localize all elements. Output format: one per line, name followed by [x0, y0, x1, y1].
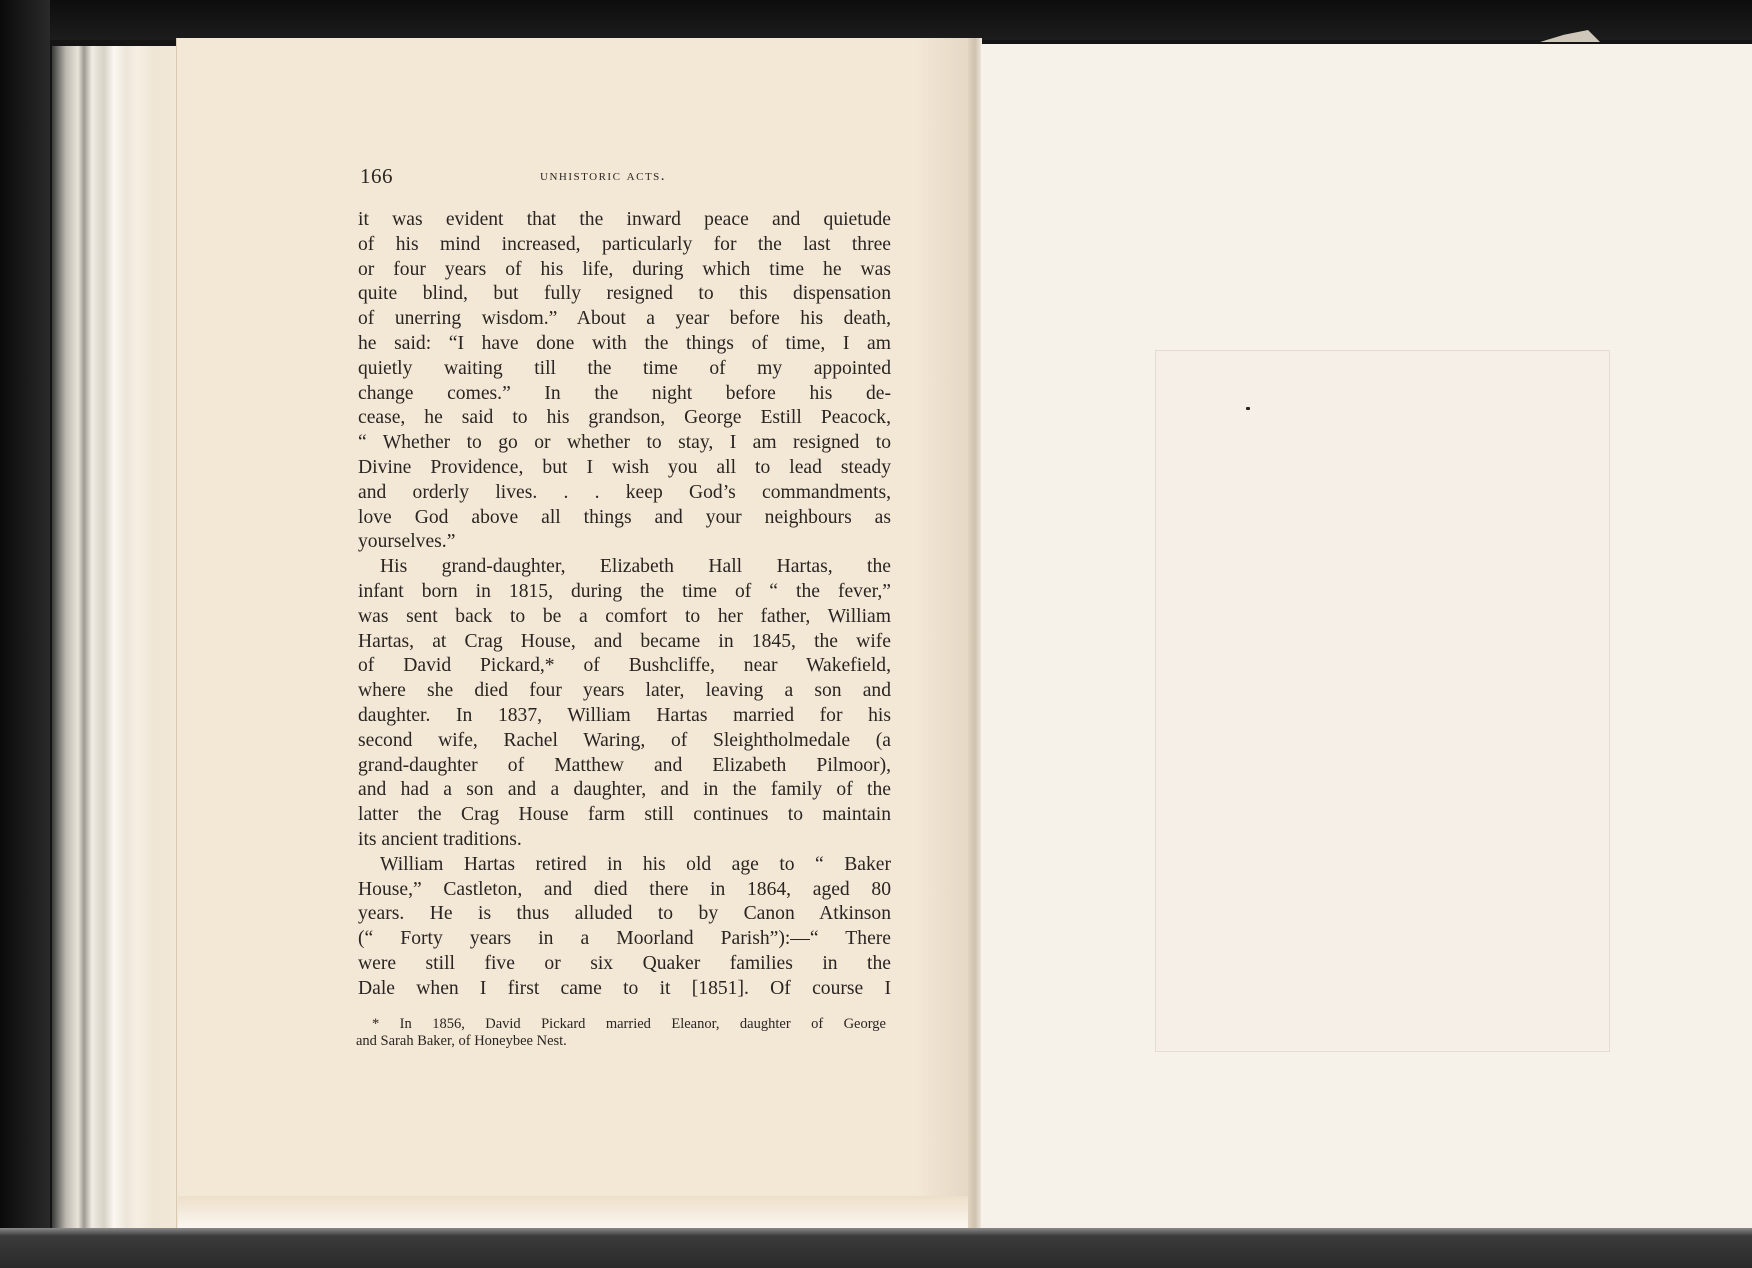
text-line: quite blind, but fully resigned to this … [358, 282, 891, 307]
footnote-line: and Sarah Baker, of Honeybee Nest. [356, 1033, 886, 1050]
paragraph-start-line: His grand-daughter, Elizabeth Hall Harta… [358, 555, 891, 580]
paragraph-start-line: William Hartas retired in his old age to… [358, 853, 891, 878]
page-edge-stack [52, 46, 180, 1228]
text-line: and orderly lives. . . keep God’s comman… [358, 481, 891, 506]
text-line: was sent back to be a comfort to her fat… [358, 605, 891, 630]
text-line: grand-daughter of Matthew and Elizabeth … [358, 754, 891, 779]
text-line: quietly waiting till the time of my appo… [358, 357, 891, 382]
text-line: he said: “I have done with the things of… [358, 332, 891, 357]
paper-speck [1246, 407, 1250, 410]
scanner-border-top [0, 0, 1752, 40]
scanner-border-bottom [0, 1228, 1752, 1268]
text-line: second wife, Rachel Waring, of Sleightho… [358, 729, 891, 754]
text-line: years. He is thus alluded to by Canon At… [358, 902, 891, 927]
text-line: where she died four years later, leaving… [358, 679, 891, 704]
text-line: its ancient traditions. [358, 828, 891, 853]
text-line: love God above all things and your neigh… [358, 506, 891, 531]
scanner-border-left [0, 0, 50, 1268]
text-line: of unerring wisdom.” About a year before… [358, 307, 891, 332]
footnote: * In 1856, David Pickard married Eleanor… [356, 1016, 886, 1050]
text-line: and had a son and a daughter, and in the… [358, 778, 891, 803]
text-line: it was evident that the inward peace and… [358, 208, 891, 233]
text-line: House,” Castleton, and died there in 186… [358, 878, 891, 903]
body-text: it was evident that the inward peace and… [358, 208, 891, 1002]
text-line: cease, he said to his grandson, George E… [358, 406, 891, 431]
left-page-bottom-edge [178, 1196, 968, 1228]
book-gutter [968, 38, 982, 1228]
text-line: of his mind increased, particularly for … [358, 233, 891, 258]
text-line: (“ Forty years in a Moorland Parish”):—“… [358, 927, 891, 952]
text-line: daughter. In 1837, William Hartas marrie… [358, 704, 891, 729]
text-line: were still five or six Quaker families i… [358, 952, 891, 977]
text-line: Divine Providence, but I wish you all to… [358, 456, 891, 481]
text-line: change comes.” In the night before his d… [358, 382, 891, 407]
text-line: Dale when I first came to it [1851]. Of … [358, 977, 891, 1002]
plate-mark [1155, 350, 1610, 1052]
footnote-line: * In 1856, David Pickard married Eleanor… [356, 1016, 886, 1033]
running-title: UNHISTORIC ACTS. [540, 168, 666, 185]
text-line: “ Whether to go or whether to stay, I am… [358, 431, 891, 456]
text-line: infant born in 1815, during the time of … [358, 580, 891, 605]
text-line: latter the Crag House farm still continu… [358, 803, 891, 828]
text-line: or four years of his life, during which … [358, 258, 891, 283]
running-head: 166 UNHISTORIC ACTS. [360, 164, 890, 190]
text-line: yourselves.” [358, 530, 891, 555]
text-line: of David Pickard,* of Bushcliffe, near W… [358, 654, 891, 679]
text-line: Hartas, at Crag House, and became in 184… [358, 630, 891, 655]
page-number: 166 [360, 164, 393, 189]
